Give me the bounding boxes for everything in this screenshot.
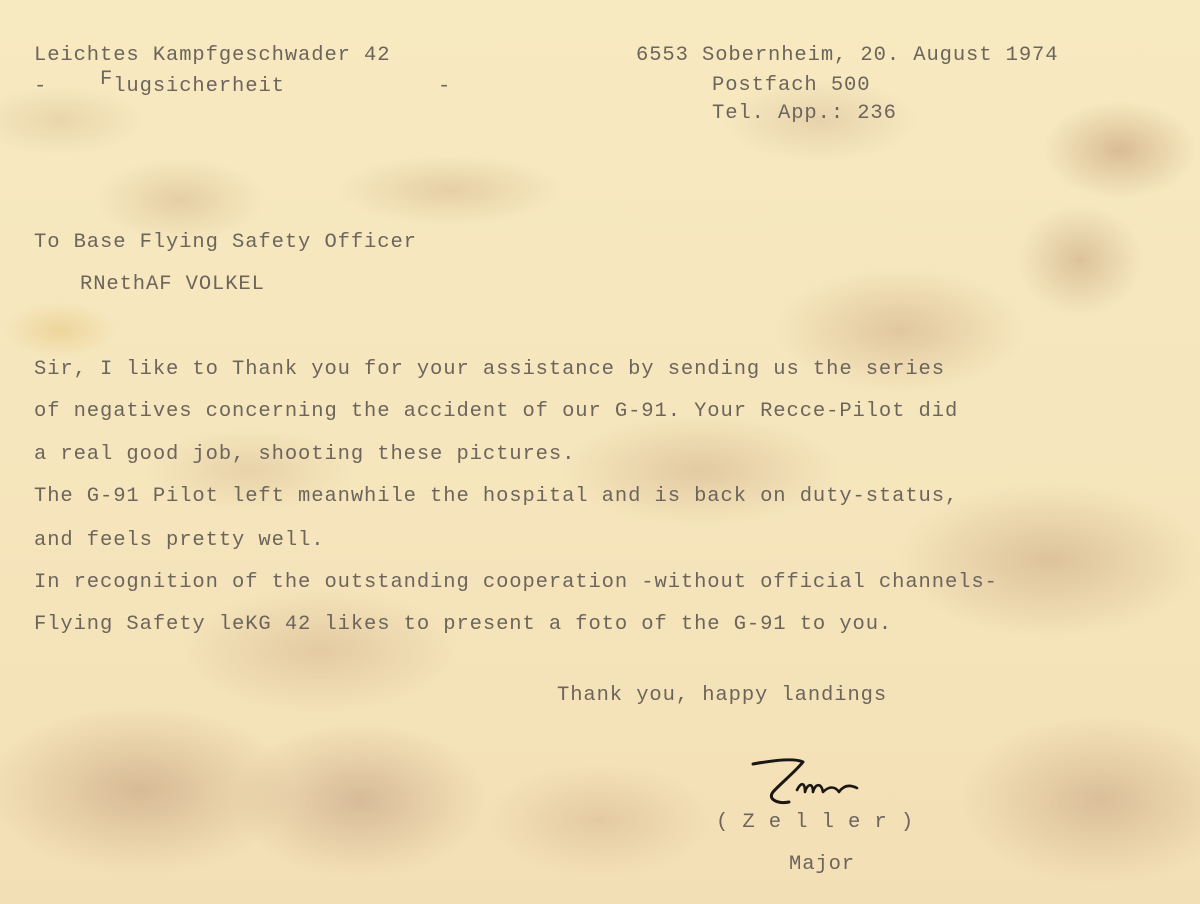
letterhead-unit: Leichtes Kampfgeschwader 42 [34,46,390,67]
signatory-rank: Major [789,855,855,876]
letterhead-department: - Flugsicherheit [34,77,285,98]
handwritten-signature-icon [745,750,885,820]
body-line: The G-91 Pilot left meanwhile the hospit… [34,487,958,508]
department-initial: F [100,68,113,91]
body-line: Flying Safety leKG 42 likes to present a… [34,615,892,636]
closing-line: Thank you, happy landings [557,686,887,707]
phone: Tel. App.: 236 [712,104,897,125]
place-date: 6553 Sobernheim, 20. August 1974 [636,46,1058,67]
department-prefix: - [34,75,100,98]
recipient-base: RNethAF VOLKEL [80,275,265,296]
body-line: of negatives concerning the accident of … [34,402,958,423]
department-name: lugsicherheit [113,75,285,98]
body-line: and feels pretty well. [34,531,324,552]
signatory-name: ( Z e l l e r ) [716,813,914,834]
body-line: a real good job, shooting these pictures… [34,445,575,466]
department-suffix-dash: - [438,77,451,98]
postbox: Postfach 500 [712,76,870,97]
recipient-title: To Base Flying Safety Officer [34,233,417,254]
body-line: In recognition of the outstanding cooper… [34,573,998,594]
body-line: Sir, I like to Thank you for your assist… [34,360,945,381]
